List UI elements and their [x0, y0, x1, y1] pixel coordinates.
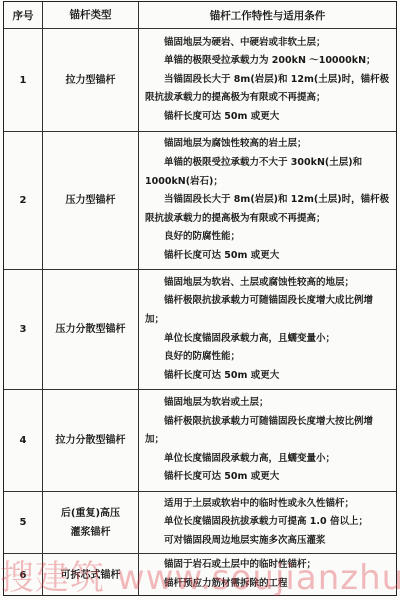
row-number: 6: [4, 554, 43, 596]
anchor-type: 压力分散型锚杆: [43, 270, 139, 389]
description-cell: 锚固于岩石或土层中的临时性锚杆； 锚杆预应力筋材需拆除的工程: [139, 554, 396, 596]
anchor-type-line: 灌浆锚杆: [71, 523, 111, 542]
row-number: 1: [4, 29, 43, 131]
description-cell: 锚固地层为腐蚀性较高的岩土层； 单锚的极限受拉承载力不大于 300kN(土层)和…: [139, 132, 396, 269]
description-line: 限抗拔承载力的提高极为有限或不再提高；: [145, 89, 390, 108]
description-line: 锚固地层为软岩或土层；: [145, 394, 390, 413]
table-row: 2 压力型锚杆 锚固地层为腐蚀性较高的岩土层； 单锚的极限受拉承载力不大于 30…: [4, 132, 396, 270]
description-line: 锚杆长度可达 50m 或更大: [145, 108, 390, 127]
anchor-type: 可拆芯式锚杆: [43, 554, 139, 596]
anchor-type-line: 后(重复)高压: [61, 504, 120, 523]
row-number: 5: [4, 492, 43, 553]
table-header-row: 序号 锚杆类型 锚杆工作特性与适用条件: [4, 2, 396, 29]
description-line: 锚固地层为硬岩、中硬岩或非软土层；: [145, 34, 390, 53]
header-no: 序号: [4, 2, 43, 28]
description-line: 可对锚固段周边地层实施多次高压灌浆: [145, 532, 390, 551]
row-number: 2: [4, 132, 43, 269]
anchor-type: 拉力型锚杆: [43, 29, 139, 131]
description-line: 锚杆极限抗拔承载力可随锚固段长度增大按比例增: [145, 413, 390, 432]
description-line: 单锚的极限受拉承载力为 200kN ～10000kN；: [145, 52, 390, 71]
description-line: 加；: [145, 311, 390, 330]
description-line: 锚固地层为软岩、土层或腐蚀性较高的地层；: [145, 274, 390, 293]
description-line: 锚固地层为腐蚀性较高的岩土层；: [145, 135, 390, 154]
description-line: 锚固于岩石或土层中的临时性锚杆；: [145, 556, 390, 575]
description-line: 1000kN(岩石)；: [145, 173, 390, 192]
description-cell: 锚固地层为软岩、土层或腐蚀性较高的地层； 锚杆极限抗拔承载力可随锚固段长度增大成…: [139, 270, 396, 389]
description-line: 当锚固段长大于 8m(岩层)和 12m(土层)时，锚杆极: [145, 191, 390, 210]
anchor-type: 压力型锚杆: [43, 132, 139, 269]
row-number: 3: [4, 270, 43, 389]
description-line: 锚杆极限抗拔承载力可随锚固段长度增大成比例增: [145, 292, 390, 311]
table-row: 3 压力分散型锚杆 锚固地层为软岩、土层或腐蚀性较高的地层； 锚杆极限抗拔承载力…: [4, 270, 396, 390]
table-row: 4 拉力分散型锚杆 锚固地层为软岩或土层； 锚杆极限抗拔承载力可随锚固段长度增大…: [4, 390, 396, 492]
description-cell: 适用于土层或软岩中的临时性或永久性锚杆； 单位长度锚固段抗拔承载力可提高 1.0…: [139, 492, 396, 553]
description-line: 限抗拔承载力的提高极为有限或不再提高；: [145, 210, 390, 229]
row-number: 4: [4, 390, 43, 491]
header-description: 锚杆工作特性与适用条件: [139, 2, 396, 28]
anchor-type: 后(重复)高压 灌浆锚杆: [43, 492, 139, 553]
description-line: 当锚固段长大于 8m(岩层)和 12m(土层)时，锚杆极: [145, 71, 390, 90]
description-line: 锚杆长度可达 50m 或更大: [145, 247, 390, 266]
description-cell: 锚固地层为硬岩、中硬岩或非软土层； 单锚的极限受拉承载力为 200kN ～100…: [139, 29, 396, 131]
description-line: 单位长度锚固段承载力高，且蠕变量小；: [145, 330, 390, 349]
description-cell: 锚固地层为软岩或土层； 锚杆极限抗拔承载力可随锚固段长度增大按比例增 加； 单位…: [139, 390, 396, 491]
description-line: 良好的防腐性能；: [145, 228, 390, 247]
description-line: 锚杆长度可达 50m 或更大: [145, 468, 390, 487]
description-line: 单位长度锚固段抗拔承载力可提高 1.0 倍以上；: [145, 513, 390, 532]
description-line: 单位长度锚固段承载力高，且蠕变量小；: [145, 450, 390, 469]
anchor-type: 拉力分散型锚杆: [43, 390, 139, 491]
description-line: 锚杆长度可达 50m 或更大: [145, 367, 390, 386]
table-row: 6 可拆芯式锚杆 锚固于岩石或土层中的临时性锚杆； 锚杆预应力筋材需拆除的工程: [4, 554, 396, 596]
description-line: 适用于土层或软岩中的临时性或永久性锚杆；: [145, 495, 390, 514]
description-line: 锚杆预应力筋材需拆除的工程: [145, 575, 390, 594]
header-type: 锚杆类型: [43, 2, 139, 28]
description-line: 加；: [145, 431, 390, 450]
table-row: 5 后(重复)高压 灌浆锚杆 适用于土层或软岩中的临时性或永久性锚杆； 单位长度…: [4, 492, 396, 554]
description-line: 良好的防腐性能；: [145, 348, 390, 367]
description-line: 单锚的极限受拉承载力不大于 300kN(土层)和: [145, 154, 390, 173]
table-row: 1 拉力型锚杆 锚固地层为硬岩、中硬岩或非软土层； 单锚的极限受拉承载力为 20…: [4, 29, 396, 132]
anchor-types-table: 序号 锚杆类型 锚杆工作特性与适用条件 1 拉力型锚杆 锚固地层为硬岩、中硬岩或…: [3, 1, 397, 596]
